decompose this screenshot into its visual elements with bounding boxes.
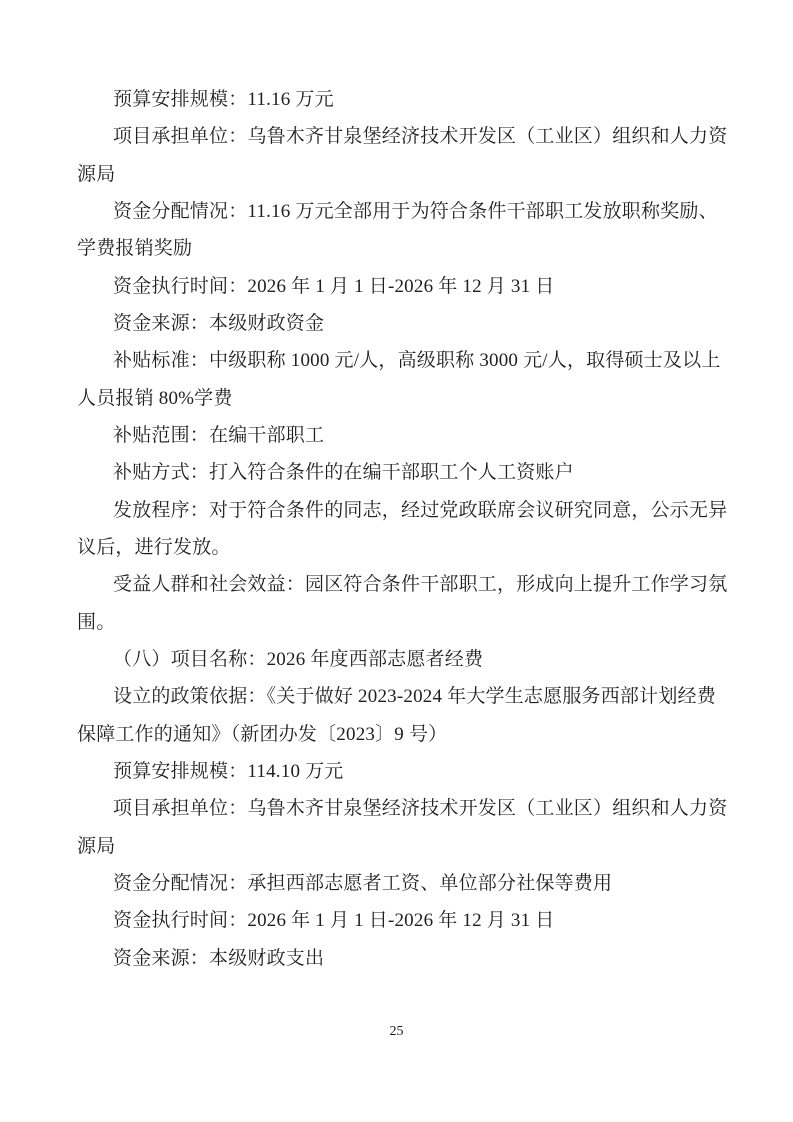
document-line: 补贴标准：中级职称 1000 元/人，高级职称 3000 元/人，取得硕士及以上 (77, 342, 713, 379)
document-page: 预算安排规模：11.16 万元项目承担单位：乌鲁木齐甘泉堡经济技术开发区（工业区… (0, 0, 793, 1122)
document-line: 资金分配情况：11.16 万元全部用于为符合条件干部职工发放职称奖励、 (77, 193, 713, 230)
document-line: 发放程序：对于符合条件的同志，经过党政联席会议研究同意，公示无异 (77, 492, 713, 529)
document-line: 源局 (77, 828, 713, 865)
document-line: 补贴范围：在编干部职工 (77, 417, 713, 454)
document-line: 资金执行时间：2026 年 1 月 1 日-2026 年 12 月 31 日 (77, 268, 713, 305)
page-footer: 25 (0, 1022, 793, 1041)
document-line: 补贴方式：打入符合条件的在编干部职工个人工资账户 (77, 454, 713, 491)
document-line: 项目承担单位：乌鲁木齐甘泉堡经济技术开发区（工业区）组织和人力资 (77, 118, 713, 155)
document-body: 预算安排规模：11.16 万元项目承担单位：乌鲁木齐甘泉堡经济技术开发区（工业区… (77, 81, 713, 977)
document-line: 预算安排规模：114.10 万元 (77, 753, 713, 790)
document-line: 受益人群和社会效益：园区符合条件干部职工，形成向上提升工作学习氛 (77, 566, 713, 603)
document-line: 保障工作的通知》（新团办发〔2023〕9 号） (77, 716, 713, 753)
document-line: 人员报销 80%学费 (77, 380, 713, 417)
page-number: 25 (390, 1023, 404, 1041)
document-line: 项目承担单位：乌鲁木齐甘泉堡经济技术开发区（工业区）组织和人力资 (77, 790, 713, 827)
document-line: 资金执行时间：2026 年 1 月 1 日-2026 年 12 月 31 日 (77, 902, 713, 939)
document-line: 学费报销奖励 (77, 230, 713, 267)
document-line: 预算安排规模：11.16 万元 (77, 81, 713, 118)
document-line: 设立的政策依据：《关于做好 2023-2024 年大学生志愿服务西部计划经费 (77, 678, 713, 715)
document-line: 资金来源：本级财政资金 (77, 305, 713, 342)
document-line: 议后，进行发放。 (77, 529, 713, 566)
document-line: 围。 (77, 604, 713, 641)
document-line: 资金分配情况：承担西部志愿者工资、单位部分社保等费用 (77, 865, 713, 902)
document-line: （八）项目名称：2026 年度西部志愿者经费 (77, 641, 713, 678)
document-line: 源局 (77, 156, 713, 193)
document-line: 资金来源：本级财政支出 (77, 940, 713, 977)
